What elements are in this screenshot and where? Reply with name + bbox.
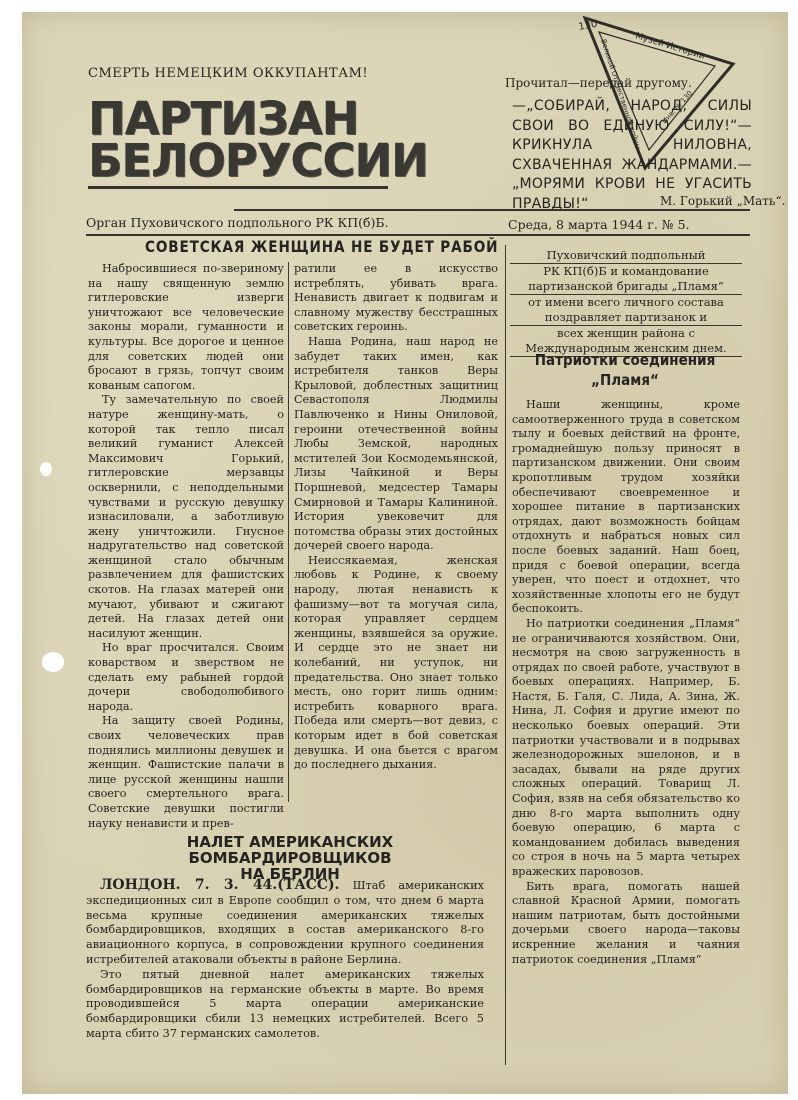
dateline-lead: ЛОНДОН. 7. 3. 44.(ТАСС). bbox=[100, 877, 340, 893]
paragraph: На защиту своей Родины, своих человеческ… bbox=[88, 714, 284, 831]
punch-hole bbox=[42, 652, 64, 672]
main-article-col-2: ратили ее в искусство истреблять, убиват… bbox=[294, 262, 498, 773]
organ-line: Орган Пуховичского подпольного РК КП(б)Б… bbox=[86, 215, 389, 230]
paragraph: Ту замечательную по своей натуре женщину… bbox=[88, 393, 284, 641]
paragraph: Набросившиеся по-звериному на нашу свяще… bbox=[88, 262, 284, 393]
header-rule-top bbox=[234, 209, 750, 211]
headline-raid: НАЛЕТ АМЕРИКАНСКИХ БОМБАРДИРОВЩИКОВ НА Б… bbox=[90, 834, 490, 882]
paragraph: Но враг просчитался. Своим коварством и … bbox=[88, 641, 284, 714]
pass-on-note: Прочитал—передай другому. bbox=[505, 76, 692, 90]
paragraph: Наши женщины, кроме самоотверженного тру… bbox=[512, 398, 740, 617]
headline-main: СОВЕТСКАЯ ЖЕНЩИНА НЕ БУДЕТ РАБОЙ bbox=[145, 237, 498, 256]
main-article-col-1: Набросившиеся по-звериному на нашу свяще… bbox=[88, 262, 284, 831]
raid-article: ЛОНДОН. 7. 3. 44.(ТАСС). Штаб американск… bbox=[86, 878, 484, 1042]
headline-patriots: Патриотки соединения „Пламя“ bbox=[531, 350, 720, 390]
masthead-rule bbox=[88, 186, 388, 189]
punch-hole bbox=[40, 462, 52, 476]
paragraph: Но патриотки соединения „Пламя“ не огран… bbox=[512, 617, 740, 880]
paragraph: Наша Родина, наш народ не забудет таких … bbox=[294, 335, 498, 554]
greeting-line: Пуховичский подпольный bbox=[510, 248, 742, 264]
paragraph: Неиссякаемая, женская любовь к Родине, к… bbox=[294, 554, 498, 773]
dateline: Среда, 8 марта 1944 г. № 5. bbox=[508, 217, 690, 232]
header-rule-bottom bbox=[86, 234, 750, 236]
headline-line: „Пламя“ bbox=[531, 370, 720, 390]
headline-line: НАЛЕТ АМЕРИКАНСКИХ БОМБАРДИРОВЩИКОВ bbox=[90, 834, 490, 866]
epigraph-source: М. Горький „Мать“. bbox=[660, 194, 785, 208]
paragraph: Это пятый дневной налет американских тяж… bbox=[86, 968, 484, 1042]
greeting-line: от имени всего личного состава поздравля… bbox=[510, 295, 742, 326]
column-divider bbox=[288, 262, 289, 802]
masthead-line-2: БЕЛОРУССИИ bbox=[88, 140, 388, 182]
paragraph: ратили ее в искусство истреблять, убиват… bbox=[294, 262, 498, 335]
patriots-article: Наши женщины, кроме самоотверженного тру… bbox=[512, 398, 740, 967]
column-divider bbox=[505, 245, 506, 1065]
paragraph: ЛОНДОН. 7. 3. 44.(ТАСС). Штаб американск… bbox=[86, 878, 484, 968]
slogan: СМЕРТЬ НЕМЕЦКИМ ОККУПАНТАМ! bbox=[88, 66, 368, 81]
svg-text:130: 130 bbox=[578, 19, 599, 33]
greeting-line: РК КП(б)Б и командование партизанской бр… bbox=[510, 264, 742, 295]
paragraph: Бить врага, помогать нашей славной Красн… bbox=[512, 880, 740, 968]
masthead-title: ПАРТИЗАН БЕЛОРУССИИ bbox=[88, 98, 388, 182]
svg-text:Музей Истории: Музей Истории bbox=[634, 31, 706, 62]
greeting-box: Пуховичский подпольный РК КП(б)Б и коман… bbox=[510, 248, 742, 357]
headline-line: Патриотки соединения bbox=[531, 350, 720, 370]
